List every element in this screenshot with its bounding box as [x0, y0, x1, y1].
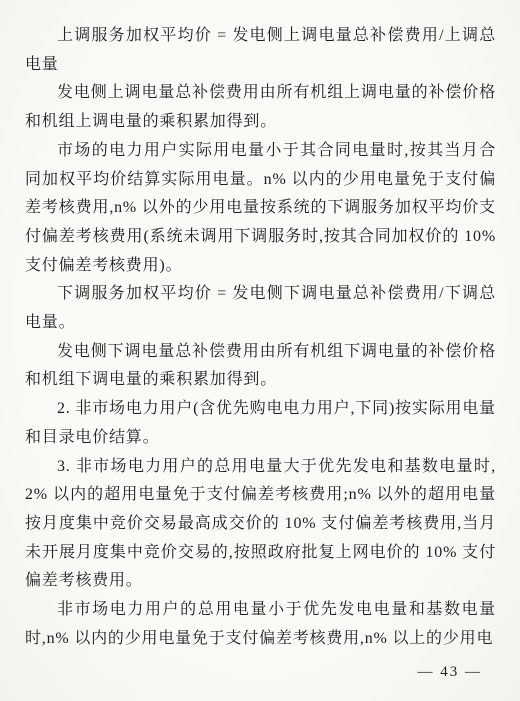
paragraph: 上调服务加权平均价 = 发电侧上调电量总补偿费用/上调总电量 [25, 22, 496, 79]
paragraph: 3. 非市场电力用户的总用电量大于优先发电和基数电量时,2% 以内的超用电量免于… [25, 453, 496, 597]
document-body-text: 上调服务加权平均价 = 发电侧上调电量总补偿费用/上调总电量发电侧上调电量总补偿… [25, 22, 496, 653]
page-number: — 43 — [418, 664, 483, 681]
paragraph: 发电侧下调电量总补偿费用由所有机组下调电量的补偿价格和机组下调电量的乘积累加得到… [25, 338, 496, 395]
document-page: 上调服务加权平均价 = 发电侧上调电量总补偿费用/上调总电量发电侧上调电量总补偿… [0, 0, 520, 701]
paragraph: 2. 非市场电力用户(含优先购电电力用户,下同)按实际用电量和目录电价结算。 [25, 395, 496, 452]
paragraph: 市场的电力用户实际用电量小于其合同电量时,按其当月合同加权平均价结算实际用电量。… [25, 137, 496, 281]
paragraph: 非市场电力用户的总用电量小于优先发电电量和基数电量时,n% 以内的少用电量免于支… [25, 596, 496, 653]
paragraph: 下调服务加权平均价 = 发电侧下调电量总补偿费用/下调总电量。 [25, 280, 496, 337]
paragraph: 发电侧上调电量总补偿费用由所有机组上调电量的补偿价格和机组上调电量的乘积累加得到… [25, 79, 496, 136]
